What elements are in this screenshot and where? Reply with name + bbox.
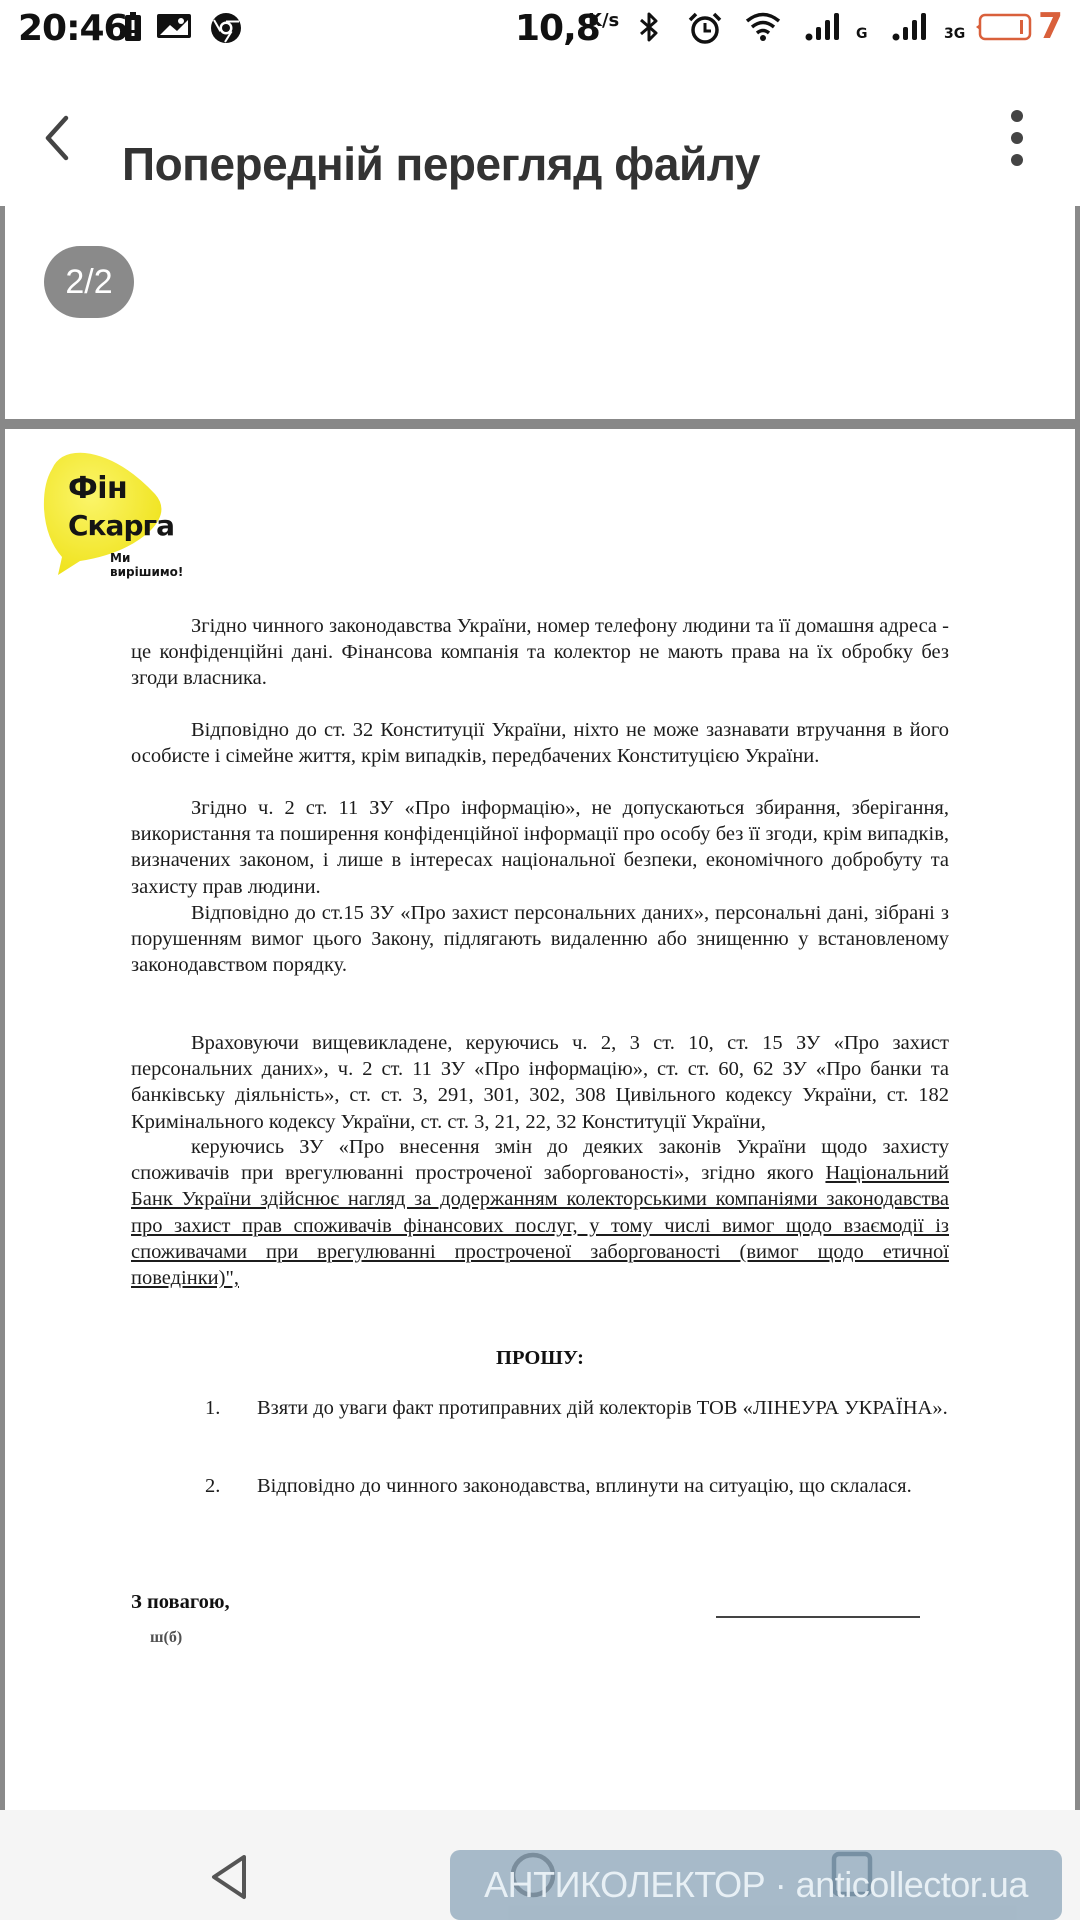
back-button[interactable] <box>36 108 86 168</box>
bluetooth-icon <box>638 12 660 47</box>
alarm-icon <box>687 12 723 49</box>
battery-level: 7 <box>1038 6 1063 47</box>
status-time: 20:46 <box>18 8 128 49</box>
document-page: Фін Скарга Ми вирішимо! Згідно чинного з… <box>0 429 1080 1809</box>
file-preview-viewer[interactable]: 2/2 Фін Скарга Ми вирішимо! Зг <box>0 206 1080 1810</box>
paragraph-text: Згідно чинного законодавства України, но… <box>131 613 949 692</box>
page-indicator: 2/2 <box>44 246 134 318</box>
finskarga-logo: Фін Скарга Ми вирішимо! <box>40 449 200 579</box>
status-bar: 20:46 10,8 K/s G 3G 7 <box>0 0 1080 56</box>
signature-stamp: ш(б) <box>150 1629 182 1647</box>
paragraph-text: Згідно ч. 2 ст. 11 ЗУ «Про інформацію», … <box>131 795 949 900</box>
wifi-icon <box>745 12 781 47</box>
paragraph-2: Відповідно до ст. 32 Конституції України… <box>131 717 949 769</box>
paragraph-3: Згідно ч. 2 ст. 11 ЗУ «Про інформацію», … <box>131 795 949 900</box>
paragraph-5: Враховуючи вищевикладене, керуючись ч. 2… <box>131 1030 949 1135</box>
image-icon <box>157 12 191 45</box>
page-title: Попередній перегляд файлу <box>122 137 760 191</box>
logo-tagline-1: Ми <box>110 551 130 565</box>
request-item-1: 1.Взяти до уваги факт протиправних дій к… <box>205 1395 949 1421</box>
paragraph-text: Враховуючи вищевикладене, керуючись ч. 2… <box>131 1030 949 1135</box>
signal-icon <box>892 12 930 47</box>
battery-low-icon <box>974 12 1034 47</box>
list-text: Взяти до уваги факт протиправних дій кол… <box>257 1397 948 1419</box>
navigation-bar: АНТИКОЛЕКТОР · anticollector.ua <box>0 1810 1080 1920</box>
sim2-network-type: 3G <box>944 26 965 42</box>
logo-text-line2: Скарга <box>68 509 174 542</box>
signature-line <box>716 1616 920 1618</box>
chrome-icon <box>210 12 242 49</box>
paragraph-4: Відповідно до ст.15 ЗУ «Про захист персо… <box>131 900 949 979</box>
page-separator <box>0 419 1080 429</box>
logo-tagline: Ми вирішимо! <box>110 551 183 579</box>
nav-back-button[interactable] <box>206 1852 250 1907</box>
paragraph-text: Відповідно до ст.15 ЗУ «Про захист персо… <box>131 900 949 979</box>
paragraph-6: керуючись ЗУ «Про внесення змін до деяки… <box>131 1134 949 1291</box>
nav-back-icon <box>206 1852 250 1902</box>
request-heading: ПРОШУ: <box>131 1347 949 1370</box>
watermark-overlay: АНТИКОЛЕКТОР · anticollector.ua <box>450 1850 1062 1920</box>
logo-tagline-2: вирішимо! <box>110 565 183 579</box>
battery-alert-icon <box>124 12 142 47</box>
sim1-network-type: G <box>856 26 868 42</box>
more-vert-icon <box>1002 106 1032 170</box>
network-speed-unit: K/s <box>588 10 619 31</box>
signal-icon <box>805 12 843 47</box>
more-options-button[interactable] <box>1002 106 1032 170</box>
paragraph-1: Згідно чинного законодавства України, но… <box>131 613 949 692</box>
closing-text: З повагою, <box>131 1591 230 1614</box>
request-item-2: 2.Відповідно до чинного законодавства, в… <box>205 1473 949 1499</box>
list-number: 1. <box>205 1395 257 1421</box>
logo-text-line1: Фін <box>68 471 127 506</box>
app-bar: Попередній перегляд файлу <box>0 56 1080 206</box>
back-chevron-icon <box>36 108 76 168</box>
list-text: Відповідно до чинного законодавства, впл… <box>257 1475 912 1497</box>
paragraph-text: Відповідно до ст. 32 Конституції України… <box>131 717 949 769</box>
list-number: 2. <box>205 1473 257 1499</box>
